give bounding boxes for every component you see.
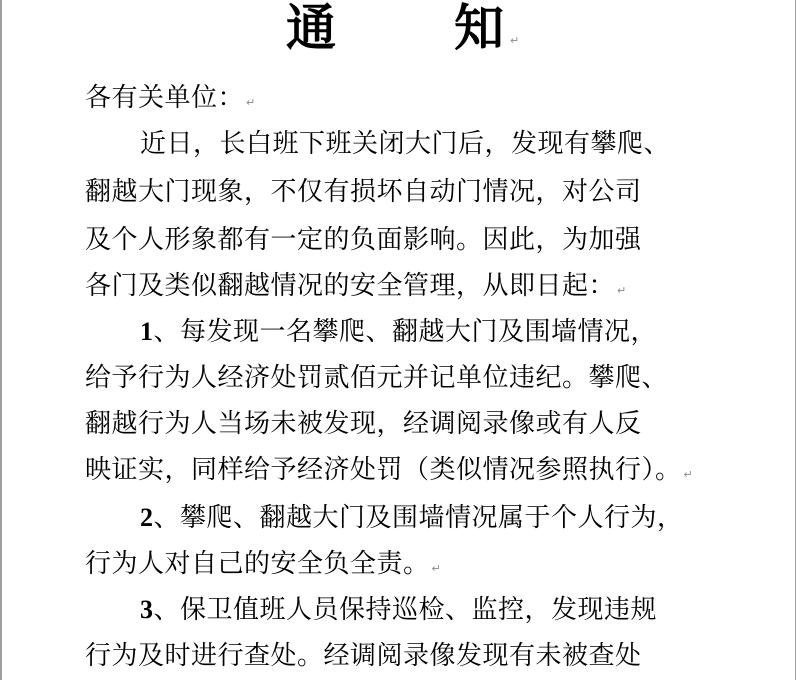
- page-edge-left: [0, 0, 2, 680]
- body-line-text: 映证实，同样给予经济处罚（类似情况参照执行）。: [85, 455, 682, 485]
- salutation-text: 各有关单位：: [85, 83, 244, 113]
- paragraph-mark-icon: ↵: [432, 562, 442, 575]
- body-line: 近日，长白班下班关闭大门后，发现有攀爬、: [140, 124, 670, 164]
- body-line: 各门及类似翻越情况的安全管理，从即日起：↵: [85, 266, 627, 306]
- list-item-3: 3、保卫值班人员保持巡检、监控，发现违规: [140, 590, 657, 630]
- list-text: 、每发现一名攀爬、翻越大门及围墙情况，: [154, 317, 658, 347]
- paragraph-mark-icon: ↵: [510, 34, 519, 47]
- body-line: 翻越大门现象，不仅有损坏自动门情况，对公司: [85, 172, 642, 212]
- body-line: 翻越行为人当场未被发现，经调阅录像或有人反: [85, 404, 642, 444]
- body-line: 及个人形象都有一定的负面影响。因此，为加强: [85, 220, 642, 260]
- body-line: 行为人对自己的安全负全责。↵: [85, 544, 441, 584]
- paragraph-mark-icon: ↵: [617, 284, 627, 297]
- paragraph-mark-icon: ↵: [684, 468, 694, 481]
- list-text: 、攀爬、翻越大门及围墙情况属于个人行为，: [154, 503, 684, 533]
- list-number: 1: [140, 317, 154, 346]
- list-item-2: 2、攀爬、翻越大门及围墙情况属于个人行为，: [140, 498, 684, 538]
- list-item-1: 1、每发现一名攀爬、翻越大门及围墙情况，: [140, 312, 657, 352]
- document-title: 通 知 ↵: [0, 0, 796, 60]
- body-line-text: 行为人对自己的安全负全责。: [85, 549, 430, 579]
- list-text: 、保卫值班人员保持巡检、监控，发现违规: [154, 595, 658, 625]
- body-line: 给予行为人经济处罚贰佰元并记单位违纪。攀爬、: [85, 358, 668, 398]
- salutation: 各有关单位：↵: [85, 78, 256, 118]
- body-line: 映证实，同样给予经济处罚（类似情况参照执行）。↵: [85, 450, 693, 490]
- list-number: 2: [140, 503, 154, 532]
- body-line-text: 各门及类似翻越情况的安全管理，从即日起：: [85, 271, 615, 301]
- title-char-2: 知: [454, 0, 504, 58]
- title-char-1: 通: [286, 0, 336, 58]
- body-line: 行为及时进行查处。经调阅录像发现有未被查处: [85, 636, 642, 676]
- list-number: 3: [140, 595, 154, 624]
- paragraph-mark-icon: ↵: [246, 96, 256, 109]
